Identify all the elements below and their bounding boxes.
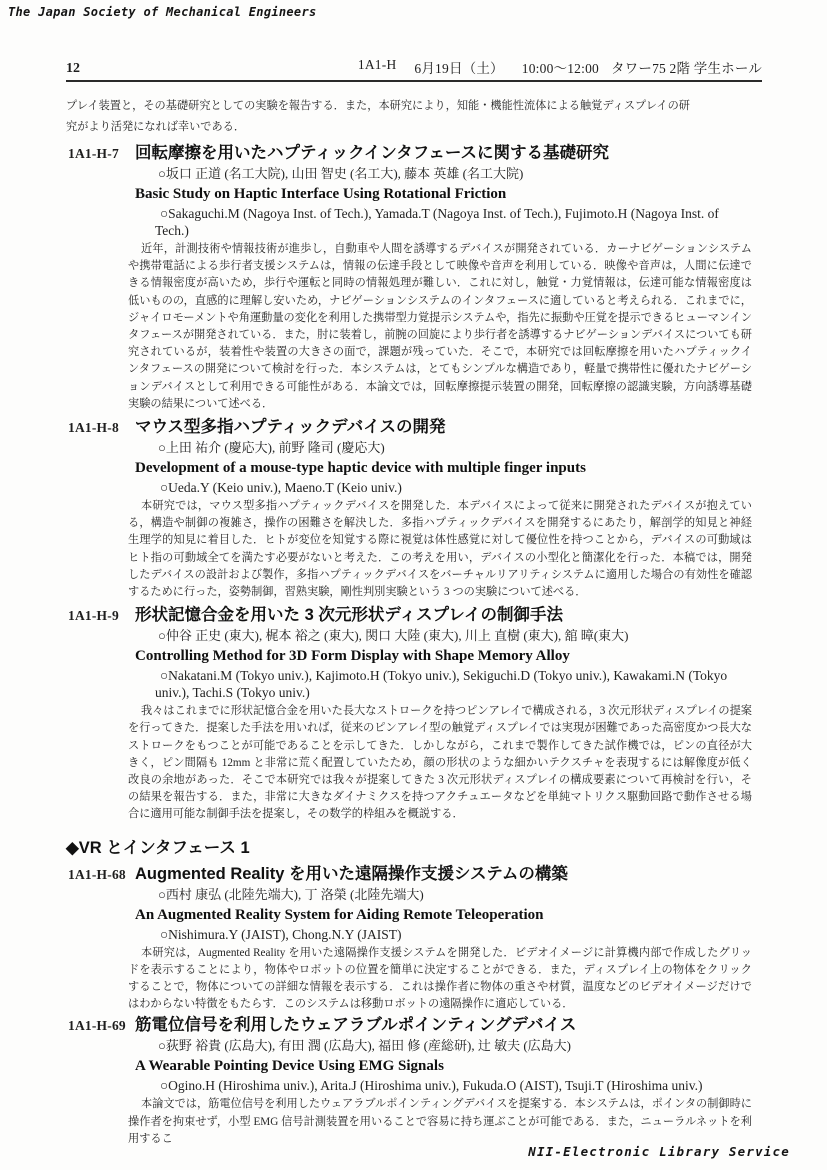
paper-title-jp: 回転摩擦を用いたハプティックインタフェースに関する基礎研究 bbox=[135, 143, 756, 163]
paper-title-en: Basic Study on Haptic Interface Using Ro… bbox=[66, 185, 756, 203]
page-body: プレイ装置と，その基礎研究としての実験を報告する．また，本研究により，知能・機能… bbox=[66, 96, 756, 1148]
paper-id: 1A1-H-7 bbox=[66, 143, 135, 162]
entry-head: 1A1-H-69 筋電位信号を利用したウェアラブルポインティングデバイス bbox=[66, 1015, 756, 1035]
paper-title-jp: マウス型多指ハプティックデバイスの開発 bbox=[135, 417, 756, 437]
paper-authors-jp: ○荻野 裕貴 (広島大), 有田 潤 (広島大), 福田 修 (産総研), 辻 … bbox=[66, 1037, 756, 1055]
paper-title-jp: 筋電位信号を利用したウェアラブルポインティングデバイス bbox=[135, 1015, 756, 1035]
paper-title-en: A Wearable Pointing Device Using EMG Sig… bbox=[66, 1057, 756, 1075]
paper-abstract: 本研究では，マウス型多指ハプティックデバイスを開発した．本デバイスによって従来に… bbox=[128, 498, 752, 601]
continued-abstract-text: プレイ装置と，その基礎研究としての実験を報告する．また，本研究により，知能・機能… bbox=[66, 96, 690, 137]
entry-head: 1A1-H-9 形状記憶合金を用いた 3 次元形状ディスプレイの制御手法 bbox=[66, 605, 756, 625]
document-page: The Japan Society of Mechanical Engineer… bbox=[0, 0, 827, 1170]
session-venue: タワー75 2階 学生ホール bbox=[611, 57, 762, 77]
paper-abstract: 我々はこれまでに形状記憶合金を用いた長大なストロークを持つピンアレイで構成される… bbox=[128, 703, 752, 823]
page-number: 12 bbox=[66, 61, 80, 77]
paper-abstract: 本論文では，筋電位信号を利用したウェアラブルポインティングデバイスを提案する．本… bbox=[128, 1096, 752, 1148]
publisher-watermark: The Japan Society of Mechanical Engineer… bbox=[8, 5, 317, 19]
paper-authors-jp: ○坂口 正道 (名工大院), 山田 智史 (名工大), 藤本 英雄 (名工大院) bbox=[66, 165, 756, 183]
paper-entry: 1A1-H-8 マウス型多指ハプティックデバイスの開発 ○上田 祐介 (慶応大)… bbox=[66, 417, 756, 601]
paper-id: 1A1-H-69 bbox=[66, 1015, 135, 1034]
paper-id: 1A1-H-8 bbox=[66, 417, 135, 436]
page-header: 12 1A1-H 6月19日（土） 10:00～12:00 タワー75 2階 学… bbox=[66, 57, 762, 82]
paper-title-en: Development of a mouse-type haptic devic… bbox=[66, 459, 756, 477]
paper-authors-en: ○Ueda.Y (Keio univ.), Maeno.T (Keio univ… bbox=[155, 479, 755, 496]
session-time: 10:00～12:00 bbox=[522, 57, 599, 77]
session-date: 6月19日（土） bbox=[414, 57, 503, 77]
session-code: 1A1-H bbox=[358, 57, 397, 77]
paper-authors-jp: ○上田 祐介 (慶応大), 前野 隆司 (慶応大) bbox=[66, 439, 756, 457]
paper-entry: 1A1-H-9 形状記憶合金を用いた 3 次元形状ディスプレイの制御手法 ○仲谷… bbox=[66, 605, 756, 823]
paper-authors-en: ○Sakaguchi.M (Nagoya Inst. of Tech.), Ya… bbox=[155, 205, 755, 239]
paper-id: 1A1-H-68 bbox=[66, 864, 135, 883]
entry-head: 1A1-H-7 回転摩擦を用いたハプティックインタフェースに関する基礎研究 bbox=[66, 143, 756, 163]
spacer bbox=[599, 57, 611, 77]
paper-abstract: 本研究は，Augmented Reality を用いた遠隔操作支援システムを開発… bbox=[128, 945, 752, 1014]
paper-authors-en: ○Nishimura.Y (JAIST), Chong.N.Y (JAIST) bbox=[155, 926, 755, 943]
paper-entry: 1A1-H-68 Augmented Reality を用いた遠隔操作支援システ… bbox=[66, 864, 756, 1014]
paper-authors-jp: ○西村 康弘 (北陸先端大), 丁 洛榮 (北陸先端大) bbox=[66, 886, 756, 904]
paper-title-jp: Augmented Reality を用いた遠隔操作支援システムの構築 bbox=[135, 864, 756, 884]
entry-head: 1A1-H-68 Augmented Reality を用いた遠隔操作支援システ… bbox=[66, 864, 756, 884]
library-service-footer: NII-Electronic Library Service bbox=[528, 1144, 790, 1159]
paper-title-jp: 形状記憶合金を用いた 3 次元形状ディスプレイの制御手法 bbox=[135, 605, 756, 625]
paper-entry: 1A1-H-69 筋電位信号を利用したウェアラブルポインティングデバイス ○荻野… bbox=[66, 1015, 756, 1148]
spacer bbox=[504, 57, 522, 77]
paper-authors-jp: ○仲谷 正史 (東大), 梶本 裕之 (東大), 関口 大陸 (東大), 川上 … bbox=[66, 627, 756, 645]
paper-authors-en: ○Nakatani.M (Tokyo univ.), Kajimoto.H (T… bbox=[155, 667, 755, 701]
paper-title-en: Controlling Method for 3D Form Display w… bbox=[66, 647, 756, 665]
paper-title-en: An Augmented Reality System for Aiding R… bbox=[66, 906, 756, 924]
session-info: 1A1-H 6月19日（土） 10:00～12:00 タワー75 2階 学生ホー… bbox=[358, 57, 762, 77]
paper-abstract: 近年，計測技術や情報技術が進歩し，自動車や人間を誘導するデバイスが開発されている… bbox=[128, 241, 752, 413]
spacer bbox=[396, 57, 414, 77]
paper-authors-en: ○Ogino.H (Hiroshima univ.), Arita.J (Hir… bbox=[155, 1077, 755, 1094]
session-group-heading: ◆VR とインタフェース 1 bbox=[66, 838, 756, 858]
paper-id: 1A1-H-9 bbox=[66, 605, 135, 624]
entry-head: 1A1-H-8 マウス型多指ハプティックデバイスの開発 bbox=[66, 417, 756, 437]
paper-entry: 1A1-H-7 回転摩擦を用いたハプティックインタフェースに関する基礎研究 ○坂… bbox=[66, 143, 756, 413]
